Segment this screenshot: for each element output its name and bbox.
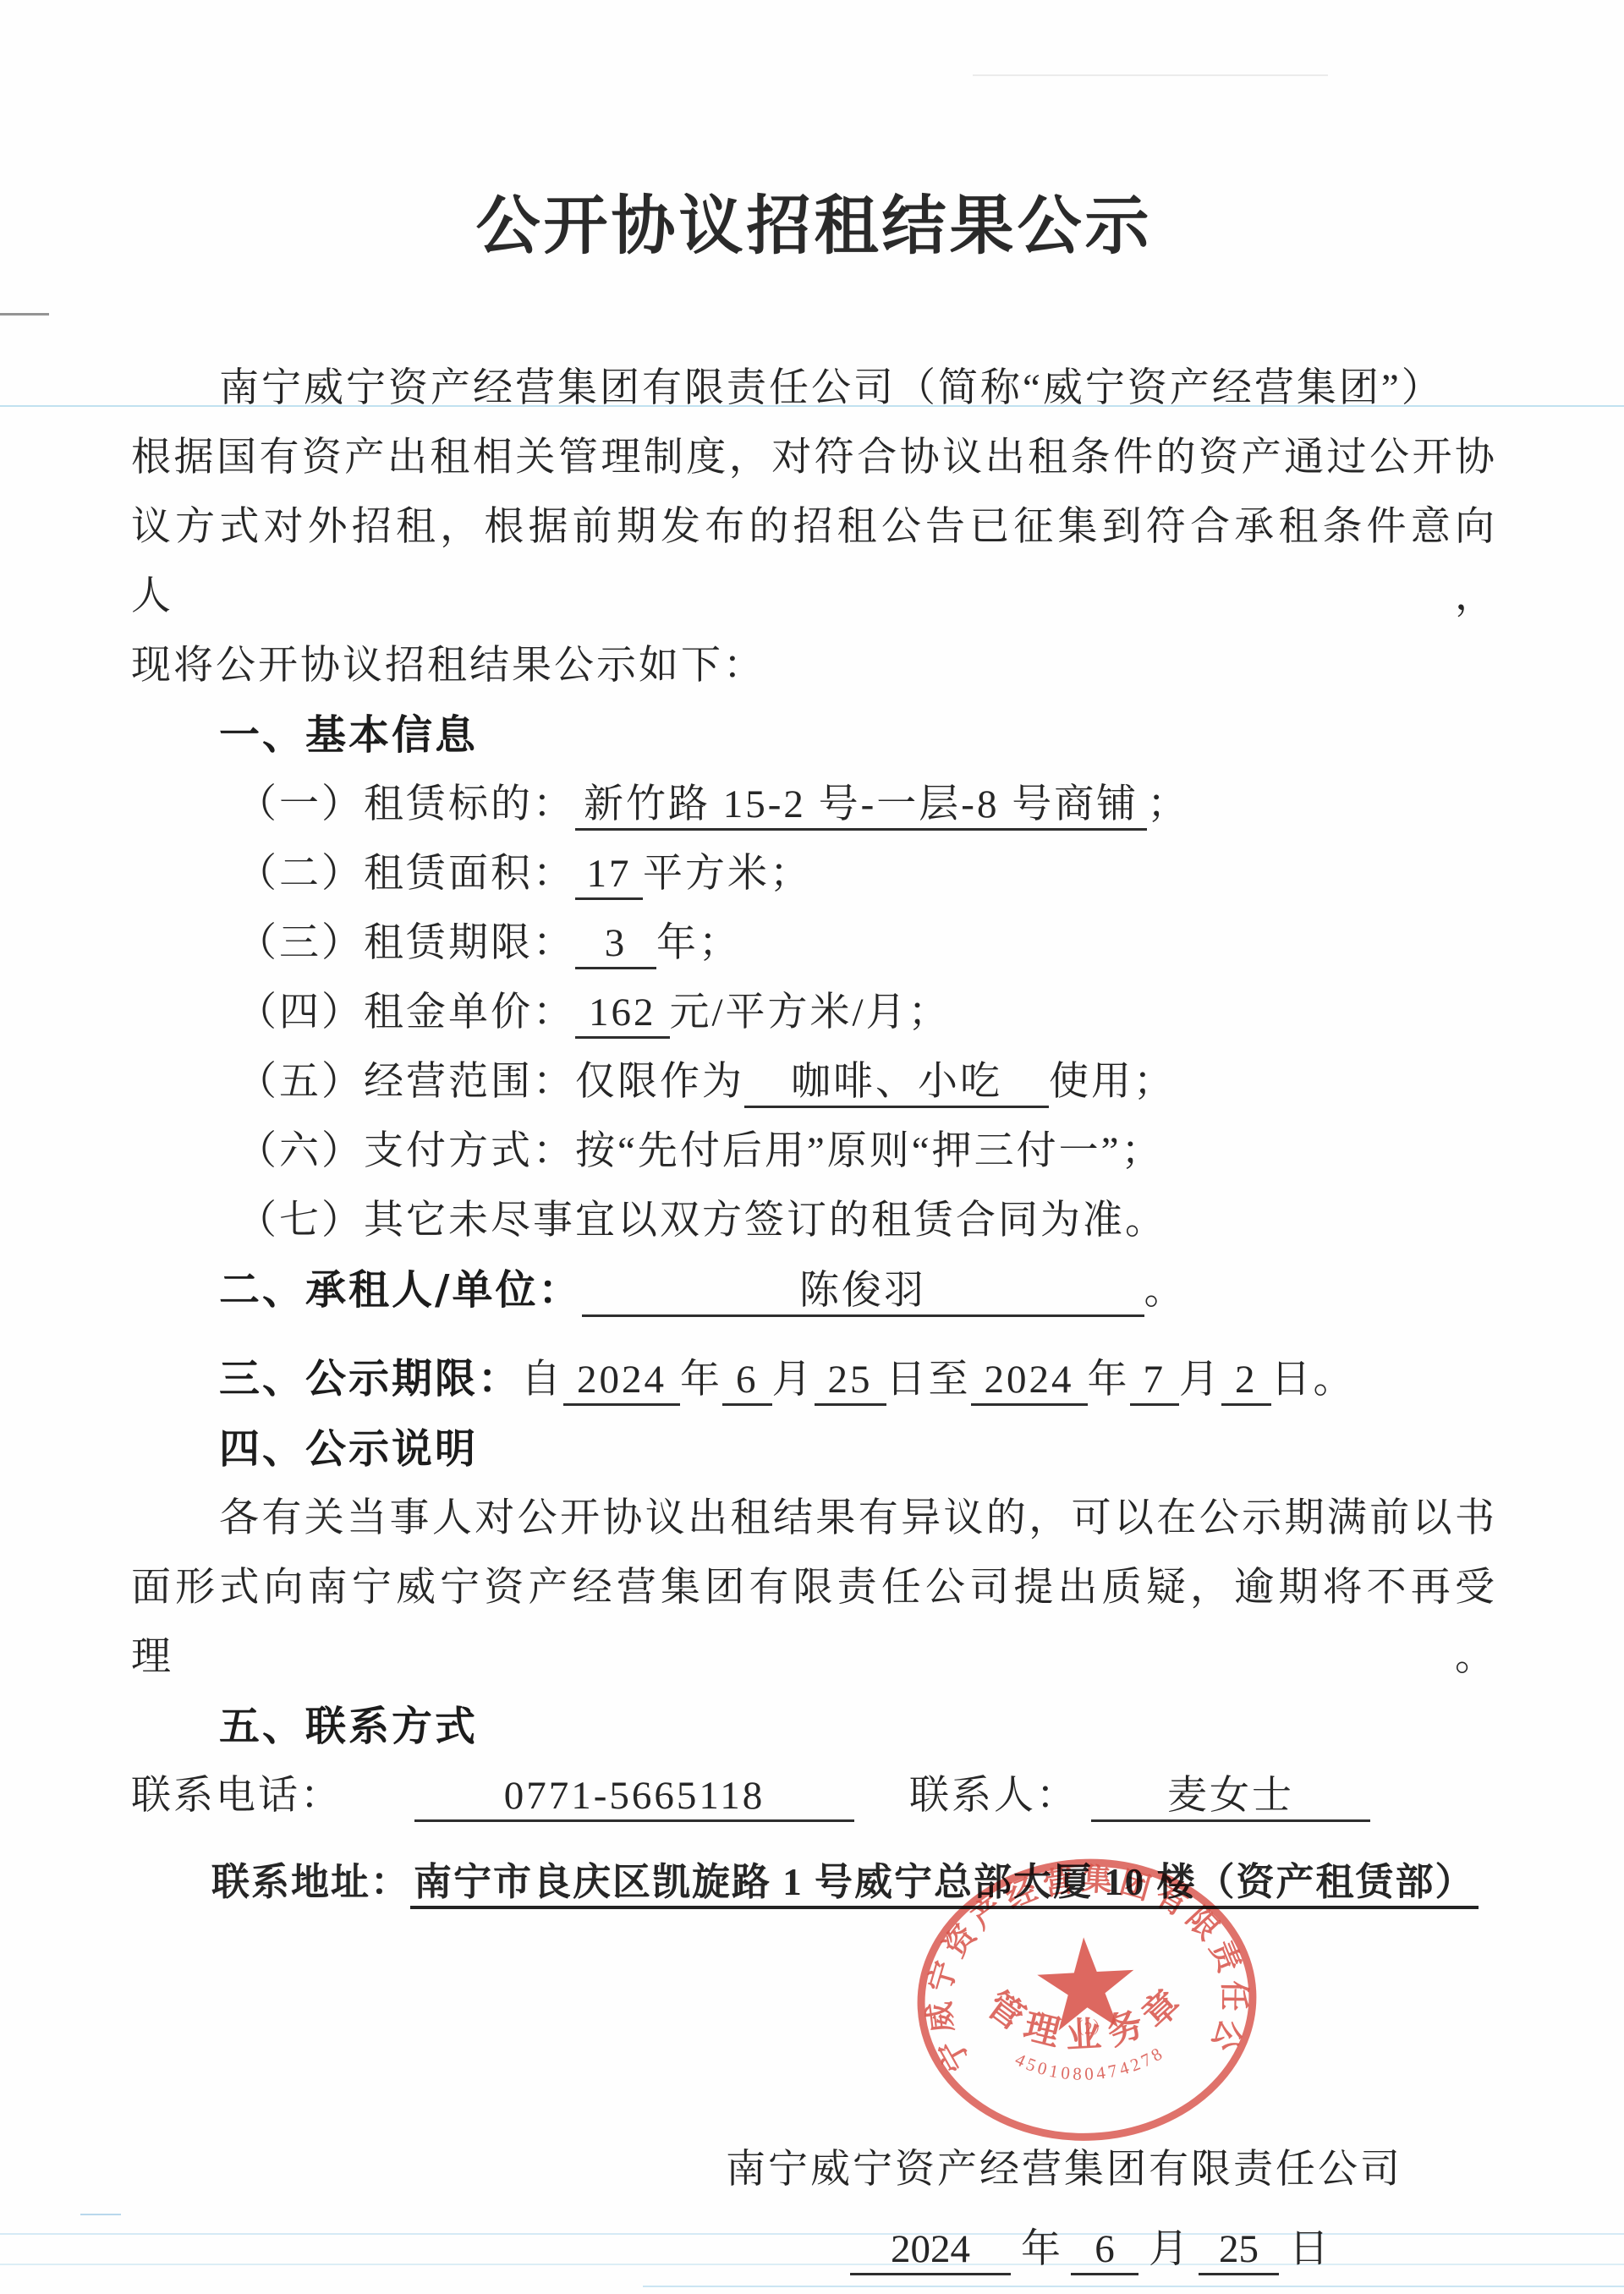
section-heading-basic-info: 一、基本信息: [219, 700, 1497, 770]
period-end-month: 7: [1130, 1356, 1180, 1406]
item-label: （三）租赁期限：: [237, 921, 575, 965]
contact-person-name: 麦女士: [1091, 1772, 1370, 1822]
lease-area-value: 17: [575, 850, 643, 900]
phone-number: 0771-5665118: [414, 1772, 854, 1822]
period-start-month: 6: [722, 1356, 772, 1406]
address-label: 联系地址：: [211, 1861, 410, 1903]
contact-phone-line: 联系电话：0771-5665118联系人：麦女士: [131, 1761, 1497, 1830]
rent-price-value: 162: [575, 989, 670, 1039]
contact-person-label: 联系人：: [909, 1774, 1078, 1818]
item-payment-method: （六）支付方式：按“先付后用”原则“押三付一”；: [237, 1117, 1497, 1186]
signing-date-line: 2024年6月25日: [850, 2214, 1497, 2284]
scanned-document-page: 公开协议招租结果公示 南宁威宁资产经营集团有限责任公司（简称“威宁资产经营集团”…: [0, 0, 1624, 2294]
publicity-period-label: 三、公示期限：: [219, 1355, 521, 1402]
intro-paragraph: 南宁威宁资产经营集团有限责任公司（简称“威宁资产经营集团”） 根据国有资产出租相…: [131, 354, 1497, 700]
phone-label: 联系电话：: [131, 1774, 343, 1818]
lease-subject-value: 新竹路 15-2 号-一层-8 号商铺: [575, 781, 1147, 831]
item-other-matters: （七）其它未尽事宜以双方签订的租赁合同为准。: [237, 1186, 1497, 1255]
seal-sub-number: （2）: [1067, 2018, 1110, 2039]
notes-paragraph: 各有关当事人对公开协议出租结果有异议的，可以在公示期满前以书 面形式向南宁威宁资…: [131, 1484, 1497, 1692]
lease-term-value: 3: [575, 919, 656, 969]
period-end-year: 2024: [971, 1356, 1088, 1406]
document-body: 公开协议招租结果公示 南宁威宁资产经营集团有限责任公司（简称“威宁资产经营集团”…: [0, 179, 1624, 2284]
intro-line: 议方式对外招租，根据前期发布的招租公告已征集到符合承租条件意向人，: [131, 492, 1497, 631]
signing-company-name: 南宁威宁资产经营集团有限责任公司: [726, 2135, 1497, 2204]
notes-line: 面形式向南宁威宁资产经营集团有限责任公司提出质疑，逾期将不再受理。: [131, 1553, 1497, 1692]
tenant-label: 二、承租人/单位：: [219, 1266, 582, 1314]
item-business-scope: （五）经营范围：仅限作为咖啡、小吃使用；: [237, 1047, 1497, 1117]
date-year: 2024: [850, 2225, 1011, 2275]
period-start-day: 25: [815, 1356, 886, 1406]
company-seal-stamp: 南宁威宁资产经营集团有限责任公司 管理业务章 （2） 4501080474278: [906, 1845, 1276, 2155]
item-label: （一）租赁标的：: [237, 782, 575, 826]
intro-line: 根据国有资产出租相关管理制度，对符合协议出租条件的资产通过公开协: [131, 423, 1497, 492]
intro-line: 现将公开协议招租结果公示如下：: [131, 631, 1497, 700]
tenant-name: 陈俊羽: [582, 1267, 1144, 1317]
item-lease-area: （二）租赁面积：17平方米；: [237, 839, 1497, 908]
item-lease-term: （三）租赁期限：3年；: [237, 908, 1497, 978]
business-scope-value: 咖啡、小吃: [744, 1058, 1049, 1108]
section-heading-notes: 四、公示说明: [219, 1414, 1497, 1484]
scan-artifact-line: [973, 74, 1328, 76]
intro-line: 南宁威宁资产经营集团有限责任公司（简称“威宁资产经营集团”）: [131, 354, 1497, 423]
date-day: 25: [1199, 2225, 1279, 2275]
scan-artifact-line: [643, 2286, 1624, 2287]
signature-block: 南宁威宁资产经营集团有限责任公司 2024年6月25日: [131, 2135, 1497, 2284]
item-label: （四）租金单价：: [237, 991, 575, 1034]
item-label: （五）经营范围：仅限作为: [237, 1060, 744, 1104]
item-lease-subject: （一）租赁标的：新竹路 15-2 号-一层-8 号商铺；: [237, 770, 1497, 839]
page-title: 公开协议招租结果公示: [131, 179, 1497, 272]
item-label: （二）租赁面积：: [237, 852, 575, 896]
tenant-line: 二、承租人/单位：陈俊羽。: [219, 1255, 1497, 1325]
period-end-day: 2: [1221, 1356, 1271, 1406]
date-month: 6: [1071, 2225, 1138, 2275]
period-start-year: 2024: [563, 1356, 680, 1406]
contact-address-line: 联系地址：南宁市良庆区凯旋路 1 号威宁总部大厦 10 楼（资产租赁部）: [211, 1847, 1497, 1917]
section-heading-contact: 五、联系方式: [219, 1692, 1497, 1761]
publicity-period-line: 三、公示期限：自2024年6月25日至2024年7月2日。: [219, 1344, 1497, 1414]
notes-line: 各有关当事人对公开协议出租结果有异议的，可以在公示期满前以书: [131, 1484, 1497, 1553]
item-rent-price: （四）租金单价：162元/平方米/月；: [237, 978, 1497, 1047]
